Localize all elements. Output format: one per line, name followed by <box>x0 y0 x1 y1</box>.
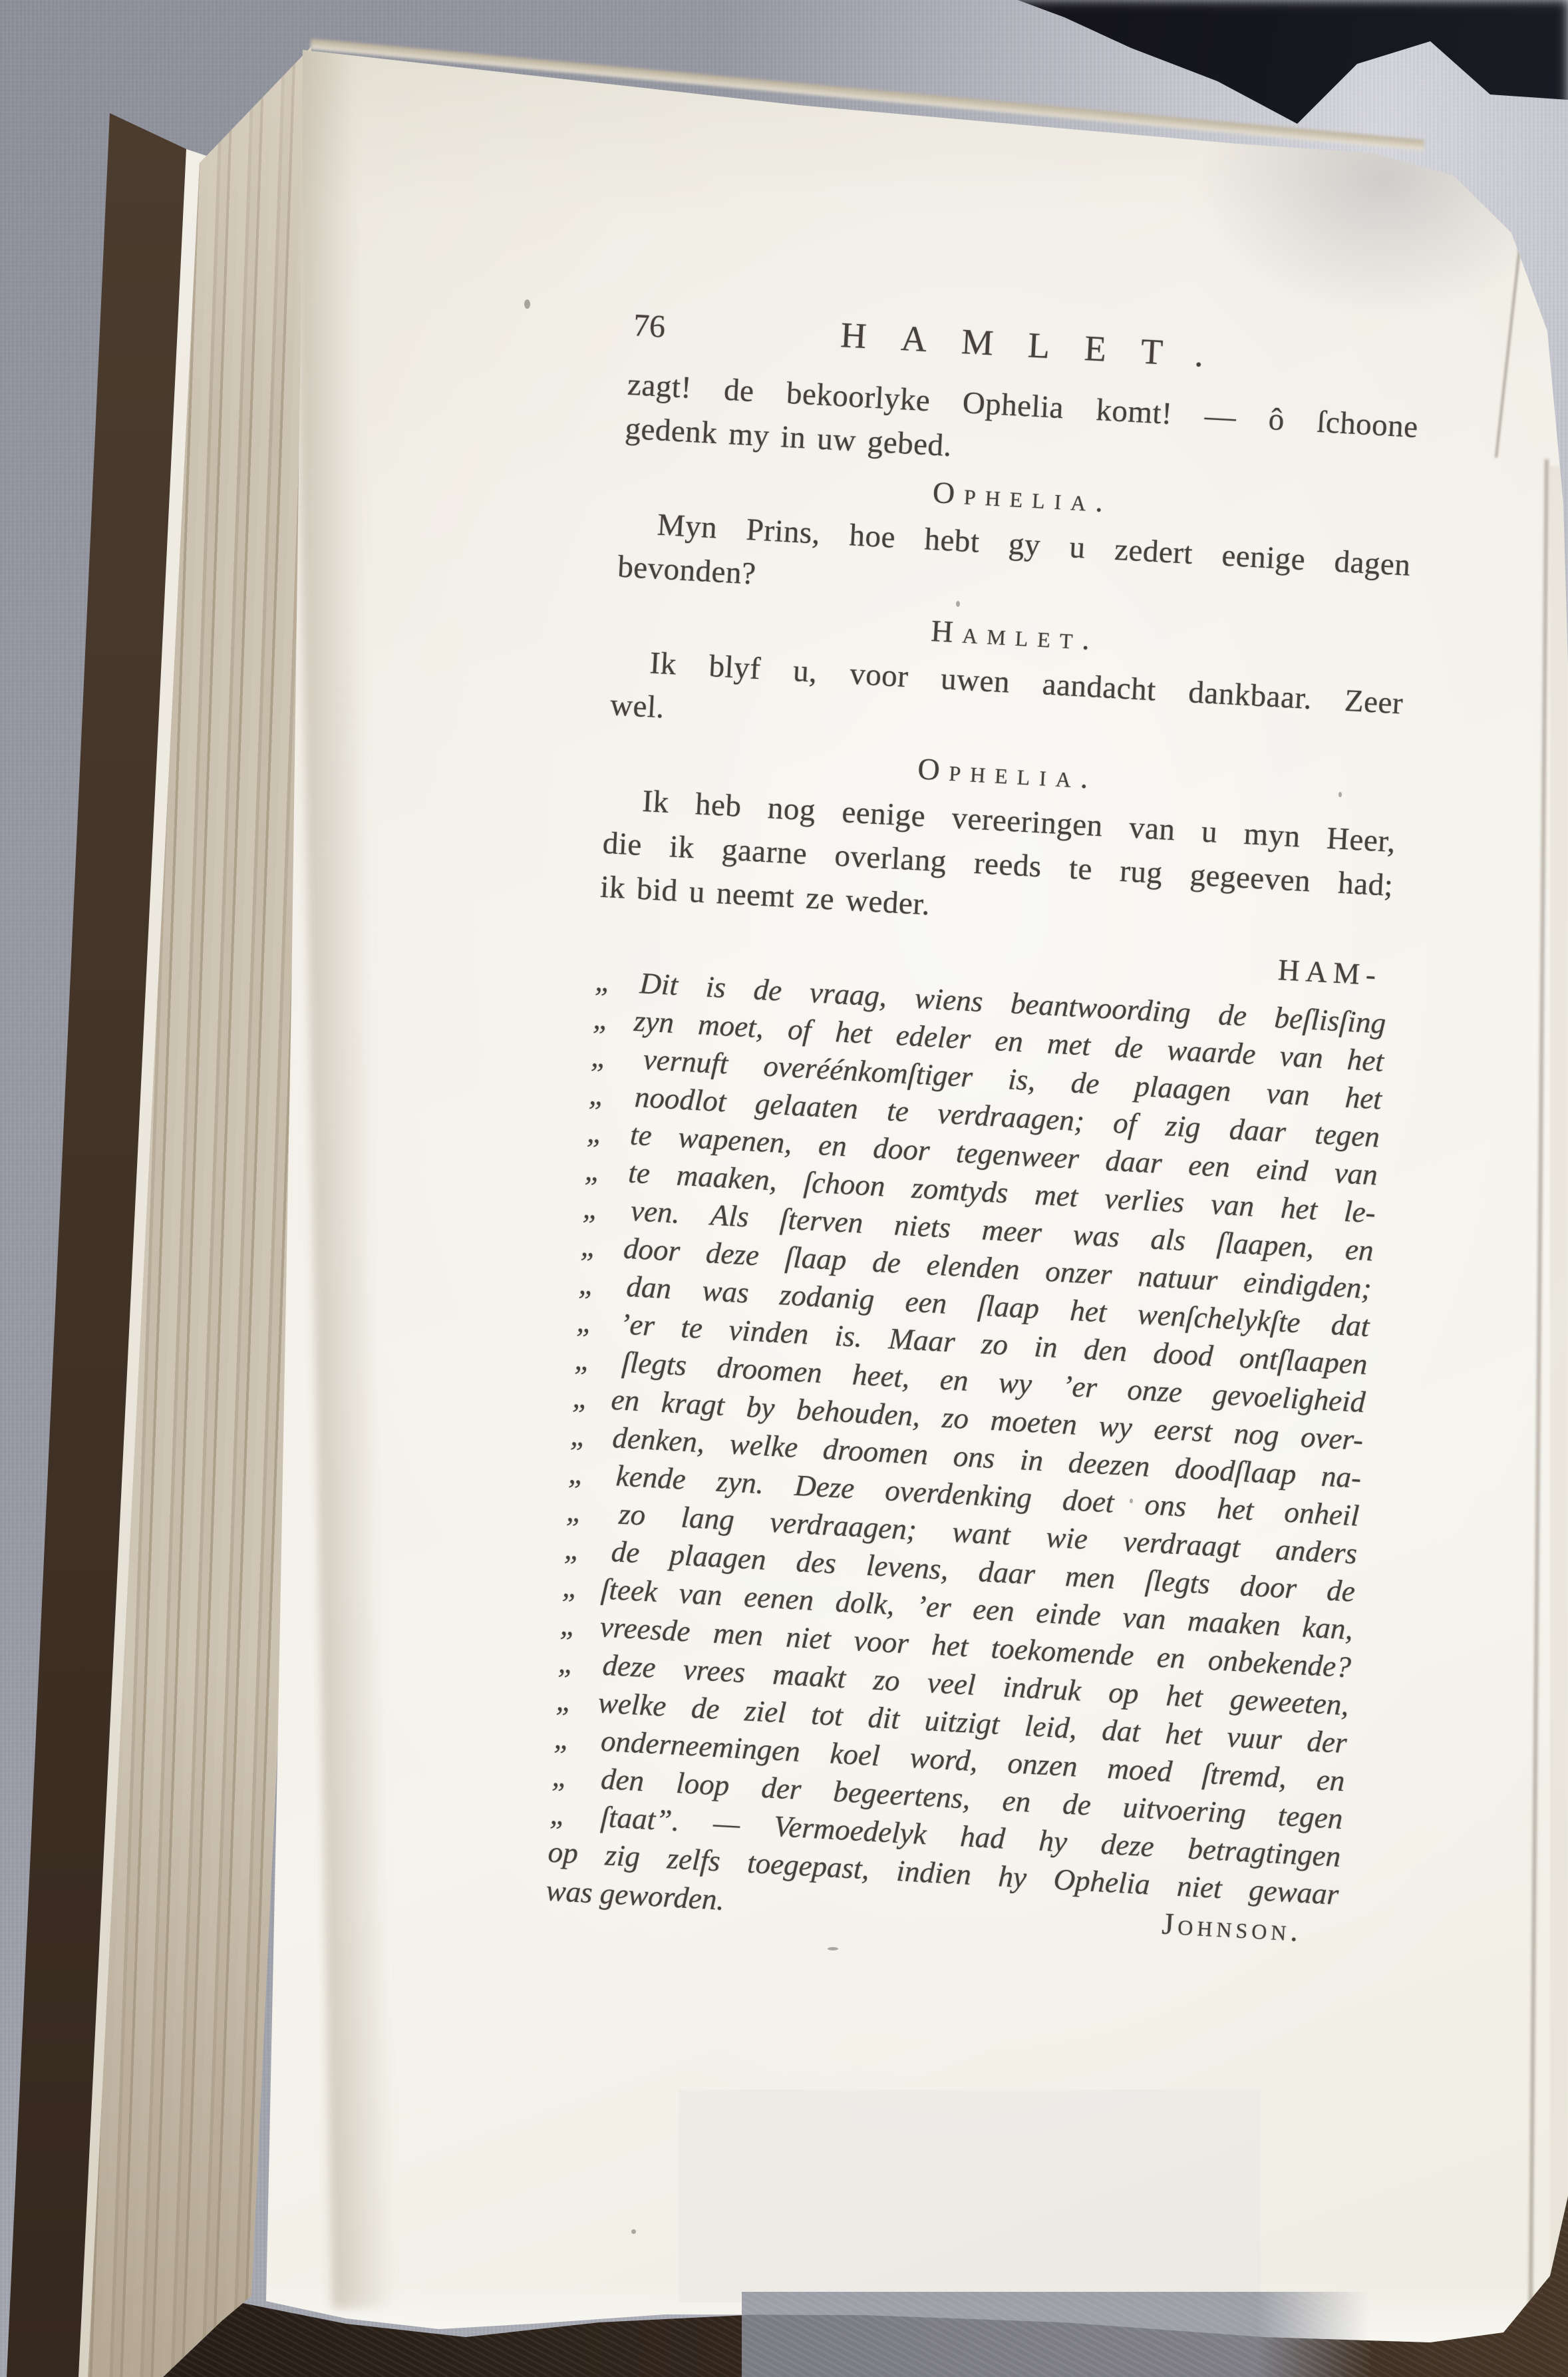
photo-of-open-book: 76 HAMLET. zagt! de bekoorlyke Ophelia k… <box>0 0 1568 2377</box>
footnote: „ Dit is de vraag, wiens beantwoording d… <box>545 962 1386 1952</box>
page-number: 76 <box>633 307 667 345</box>
light-overlay-patch <box>679 2090 1261 2302</box>
ink-speck <box>524 299 530 309</box>
grey-overlay-patch <box>742 2292 1370 2377</box>
left-fold-shadow <box>293 45 395 2308</box>
printed-text: 76 HAMLET. zagt! de bekoorlyke Ophelia k… <box>545 303 1422 1952</box>
ink-speck <box>828 1947 838 1950</box>
gutter-page-strip <box>1550 466 1568 2316</box>
ink-speck <box>631 2229 636 2234</box>
gutter-shadow-line <box>1529 459 1549 2322</box>
